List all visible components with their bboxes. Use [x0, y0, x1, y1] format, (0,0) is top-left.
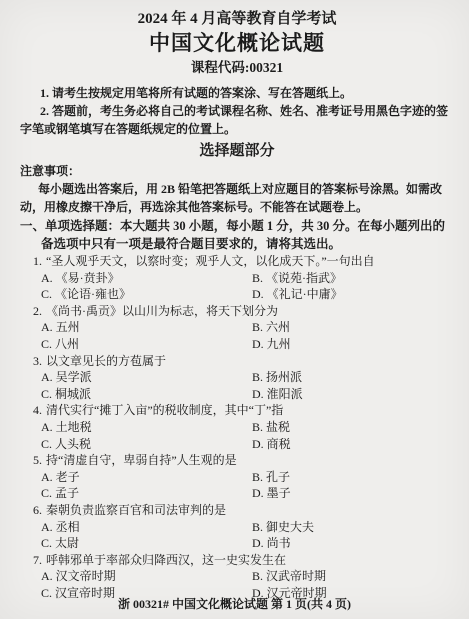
question-item: 3.以文章见长的方苞属于 A. 吴学派 B. 扬州派 C. 桐城派 D. 淮阳派 [20, 353, 454, 403]
option-d: D. 尚书 [252, 535, 454, 552]
question-stem-text: 秦朝负责监察百官和司法审判的是 [46, 503, 226, 517]
page-footer: 浙 00321# 中国文化概论试题 第 1 页(共 4 页) [0, 596, 469, 612]
option-c: C. 《论语·雍也》 [41, 286, 252, 303]
section-title: 选择题部分 [20, 140, 454, 162]
question-stem: 3.以文章见长的方苞属于 [33, 353, 454, 370]
notice-label: 注意事项： [20, 162, 454, 180]
question-stem-text: 《尚书·禹贡》以山川为标志，将天下划分为 [46, 304, 278, 318]
option-row: C. 太尉 D. 尚书 [41, 535, 454, 552]
option-c: C. 人头税 [41, 436, 252, 453]
question-item: 4.清代实行“摊丁入亩”的税收制度，其中“丁”指 A. 土地税 B. 盐税 C.… [20, 402, 454, 452]
question-number: 2. [33, 304, 42, 318]
option-b: B. 御史大夫 [252, 519, 454, 536]
course-code: 课程代码:00321 [20, 58, 454, 77]
option-b: B. 盐税 [252, 419, 454, 436]
option-d: D. 《礼记·中庸》 [252, 286, 454, 303]
question-number: 1. [33, 254, 42, 268]
instruction-item: 1. 请考生按规定用笔将所有试题的答案涂、写在答题纸上。 [20, 84, 454, 102]
option-row: C. 人头税 D. 商税 [41, 436, 454, 453]
exam-session-title: 2024 年 4 月高等教育自学考试 [20, 9, 454, 29]
option-c: C. 太尉 [41, 535, 252, 552]
question-stem-text: 持“清虚自守，卑弱自持”人生观的是 [46, 453, 237, 467]
option-b: B. 《说苑·指武》 [252, 270, 454, 287]
question-stem: 7.呼韩邪单于率部众归降西汉，这一史实发生在 [33, 552, 454, 569]
option-a: A. 五州 [41, 319, 252, 336]
exam-title: 中国文化概论试题 [20, 29, 454, 58]
option-c: C. 桐城派 [41, 386, 252, 403]
option-row: C. 八州 D. 九州 [41, 336, 454, 353]
question-stem: 1.“圣人观乎天文，以察时变；观乎人文，以化成天下。”一句出自 [33, 253, 454, 270]
option-a: A. 老子 [41, 469, 252, 486]
option-b: B. 汉武帝时期 [252, 568, 454, 585]
option-row: A. 吴学派 B. 扬州派 [41, 369, 454, 386]
question-item: 6.秦朝负责监察百官和司法审判的是 A. 丞相 B. 御史大夫 C. 太尉 D.… [20, 502, 454, 552]
option-d: D. 墨子 [252, 485, 454, 502]
option-c: C. 八州 [41, 336, 252, 353]
question-stem: 6.秦朝负责监察百官和司法审判的是 [33, 502, 454, 519]
question-number: 6. [33, 503, 42, 517]
question-item: 7.呼韩邪单于率部众归降西汉，这一史实发生在 A. 汉文帝时期 B. 汉武帝时期… [20, 552, 454, 602]
question-item: 2.《尚书·禹贡》以山川为标志，将天下划分为 A. 五州 B. 六州 C. 八州… [20, 303, 454, 353]
question-number: 4. [33, 403, 42, 417]
question-stem-text: “圣人观乎天文，以察时变；观乎人文，以化成天下。”一句出自 [46, 254, 375, 268]
option-row: A. 老子 B. 孔子 [41, 469, 454, 486]
option-row: A. 五州 B. 六州 [41, 319, 454, 336]
questions-list: 1.“圣人观乎天文，以察时变；观乎人文，以化成天下。”一句出自 A. 《易·贲卦… [20, 253, 454, 601]
question-stem-text: 呼韩邪单于率部众归降西汉，这一史实发生在 [46, 553, 286, 567]
option-a: A. 土地税 [41, 419, 252, 436]
option-a: A. 丞相 [41, 519, 252, 536]
option-a: A. 汉文帝时期 [41, 568, 252, 585]
option-row: C. 孟子 D. 墨子 [41, 485, 454, 502]
question-item: 5.持“清虚自守，卑弱自持”人生观的是 A. 老子 B. 孔子 C. 孟子 D.… [20, 452, 454, 502]
option-a: A. 《易·贲卦》 [41, 270, 252, 287]
option-b: B. 六州 [252, 319, 454, 336]
option-row: A. 丞相 B. 御史大夫 [41, 519, 454, 536]
question-item: 1.“圣人观乎天文，以察时变；观乎人文，以化成天下。”一句出自 A. 《易·贲卦… [20, 253, 454, 303]
question-number: 7. [33, 553, 42, 567]
exam-paper-page: 2024 年 4 月高等教育自学考试 中国文化概论试题 课程代码:00321 1… [0, 0, 469, 619]
option-b: B. 扬州派 [252, 369, 454, 386]
option-row: A. 土地税 B. 盐税 [41, 419, 454, 436]
option-row: A. 《易·贲卦》 B. 《说苑·指武》 [41, 270, 454, 287]
question-stem: 5.持“清虚自守，卑弱自持”人生观的是 [33, 452, 454, 469]
option-b: B. 孔子 [252, 469, 454, 486]
question-number: 5. [33, 453, 42, 467]
question-stem-text: 清代实行“摊丁入亩”的税收制度，其中“丁”指 [46, 403, 283, 417]
option-row: A. 汉文帝时期 B. 汉武帝时期 [41, 568, 454, 585]
option-c: C. 孟子 [41, 485, 252, 502]
option-a: A. 吴学派 [41, 369, 252, 386]
option-row: C. 《论语·雍也》 D. 《礼记·中庸》 [41, 286, 454, 303]
option-row: C. 桐城派 D. 淮阳派 [41, 386, 454, 403]
option-d: D. 商税 [252, 436, 454, 453]
option-d: D. 淮阳派 [252, 386, 454, 403]
question-stem: 2.《尚书·禹贡》以山川为标志，将天下划分为 [33, 303, 454, 320]
option-d: D. 九州 [252, 336, 454, 353]
question-stem: 4.清代实行“摊丁入亩”的税收制度，其中“丁”指 [33, 402, 454, 419]
question-stem-text: 以文章见长的方苞属于 [46, 354, 166, 368]
part-one-heading: 一、单项选择题：本大题共 30 小题，每小题 1 分，共 30 分。在每小题列出… [20, 217, 454, 253]
general-instructions: 1. 请考生按规定用笔将所有试题的答案涂、写在答题纸上。 2. 答题前，考生务必… [20, 84, 454, 138]
notice-text: 每小题选出答案后，用 2B 铅笔把答题纸上对应题目的答案标号涂黑。如需改动，用橡… [20, 180, 454, 216]
instruction-item: 2. 答题前，考生务必将自己的考试课程名称、姓名、准考证号用黑色字迹的签字笔或钢… [20, 102, 454, 138]
question-number: 3. [33, 354, 42, 368]
exam-header: 2024 年 4 月高等教育自学考试 中国文化概论试题 课程代码:00321 [20, 9, 454, 77]
